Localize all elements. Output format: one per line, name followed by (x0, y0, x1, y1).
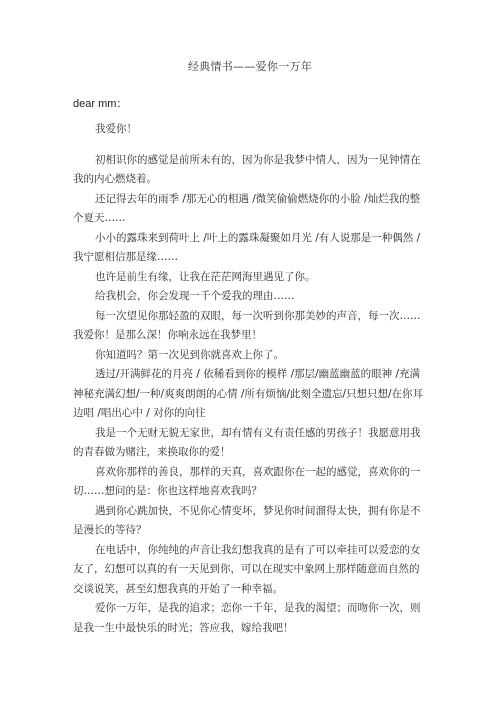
paragraph: 小小的露珠来到荷叶上 /叶上的露珠凝聚如月光 /有人说那是一种偶然 / 我宁愿相… (73, 229, 425, 268)
paragraph: 我爱你！ (73, 120, 425, 140)
paragraph: 初相识你的感觉是前所未有的，因为你是我梦中情人，因为一见钟情在我的内心燃烧着。 (73, 151, 425, 190)
paragraph: 在电话中，你纯纯的声音让我幻想我真的是有了可以牵挂可以爱恋的女友了，幻想可以真的… (73, 541, 425, 600)
document-page: 经典情书——爱你一万年 dear mm： 我爱你！ 初相识你的感觉是前所未有的，… (0, 0, 500, 708)
paragraph: 给我机会，你会发现一千个爱我的理由…… (73, 287, 425, 307)
paragraph: 透过/开满鲜花的月亮 / 依稀看到你的模样 /那层/幽蓝幽蓝的眼神 /充满神秘充… (73, 365, 425, 424)
paragraph: 遇到你心跳加快，不见你心情变坏，梦见你时间溜得太快，拥有你是不是漫长的等待？ (73, 502, 425, 541)
paragraph: 爱你一万年，是我的追求；恋你一千年，是我的渴望；而吻你一次，则是我一生中最快乐的… (73, 599, 425, 638)
paragraph: 每一次望见你那轻盈的双眼，每一次听到你那美妙的声音，每一次……我爱你！是那么深！… (73, 307, 425, 346)
document-title: 经典情书——爱你一万年 (0, 58, 500, 74)
paragraph: 喜欢你那样的善良，那样的天真，喜欢跟你在一起的感觉，喜欢你的一切……想问的是：你… (73, 463, 425, 502)
paragraph: 我是一个无财无貌无家世，却有情有义有责任感的男孩子！我愿意用我的青春做为赌注，来… (73, 424, 425, 463)
paragraph: 你知道吗？第一次见到你就喜欢上你了。 (73, 346, 425, 366)
paragraph: 也许是前生有缘，让我在茫茫网海里遇见了你。 (73, 268, 425, 288)
paragraph: 还记得去年的雨季 /那无心的相遇 /微笑偷偷燃烧你的小脸 /灿烂我的整个夏天…… (73, 190, 425, 229)
letter-body: 我爱你！ 初相识你的感觉是前所未有的，因为你是我梦中情人，因为一见钟情在我的内心… (73, 120, 425, 638)
salutation: dear mm： (73, 95, 127, 111)
